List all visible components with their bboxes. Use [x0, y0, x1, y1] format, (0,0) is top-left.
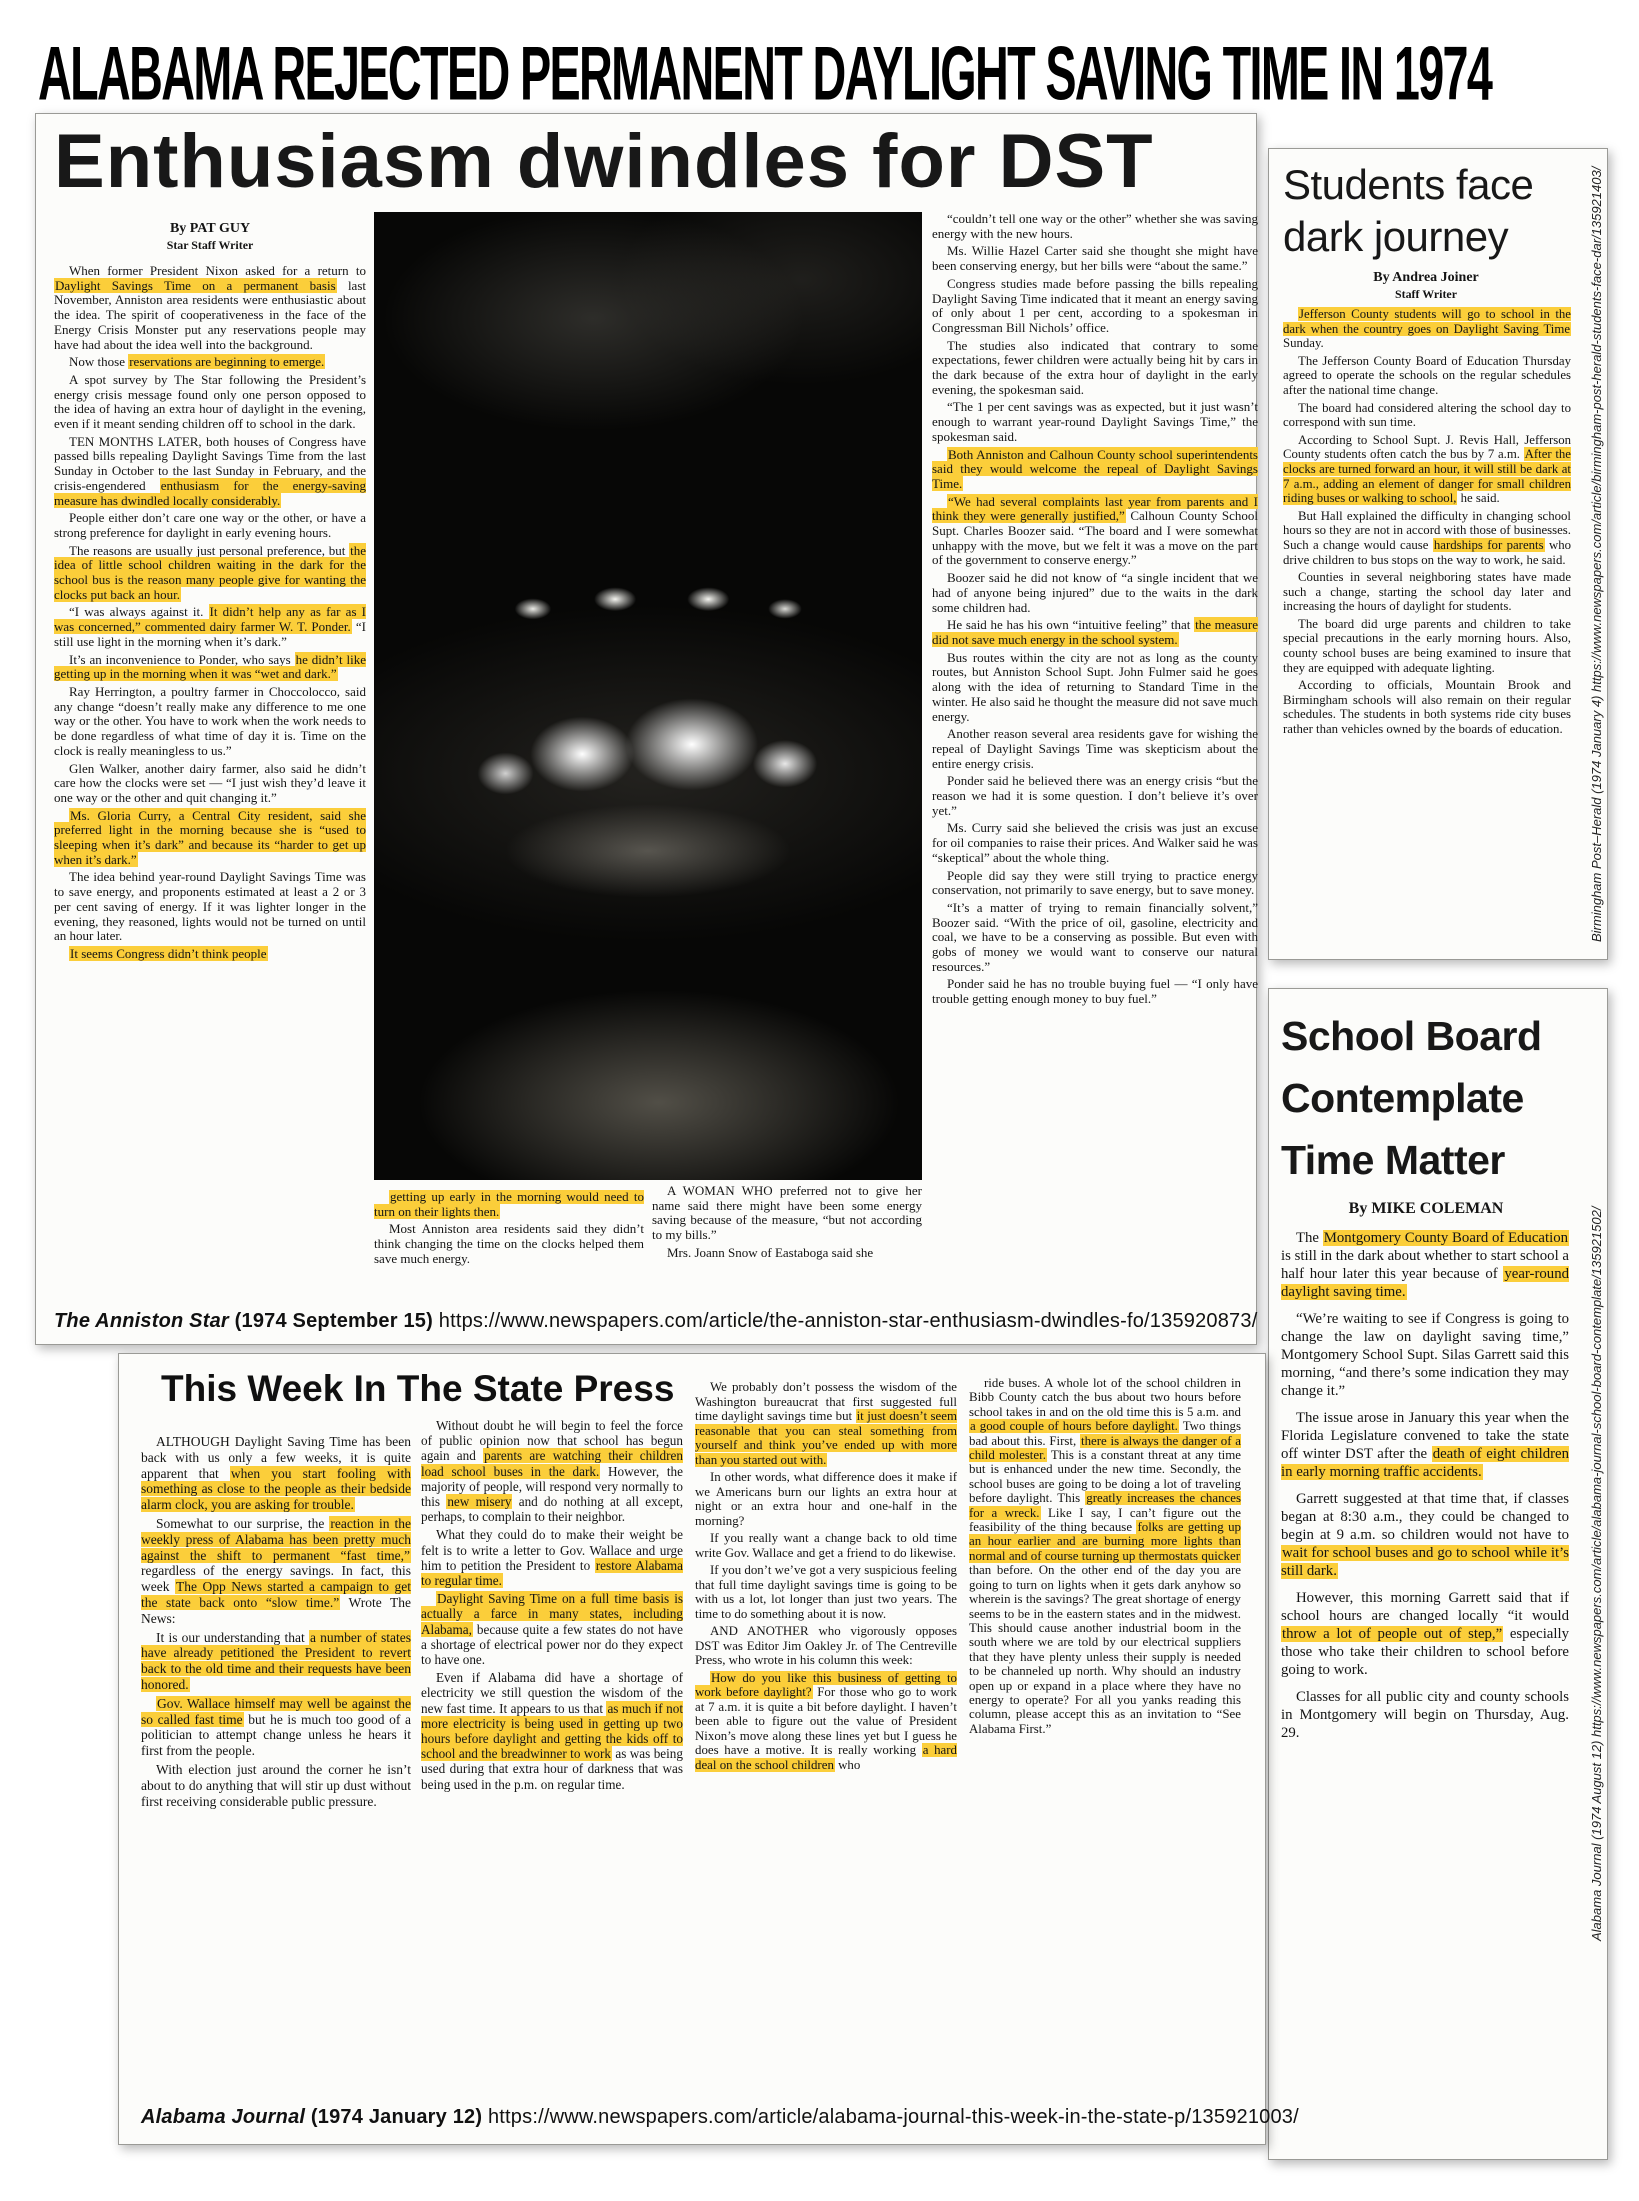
highlighted-text: year-round daylight saving time. [1281, 1266, 1569, 1300]
article-paragraph: Both Anniston and Calhoun County school … [932, 448, 1258, 492]
page-title-text: ALABAMA REJECTED PERMANENT DAYLIGHT SAVI… [38, 30, 1491, 118]
state-press-column-4: ride buses. A whole lot of the school ch… [969, 1376, 1241, 2104]
highlighted-text: hardships for parents [1433, 538, 1545, 552]
article-paragraph: Boozer said he did not know of “a single… [932, 571, 1258, 615]
article-paragraph: Gov. Wallace himself may well be against… [141, 1696, 411, 1759]
anniston-column-left: When former President Nixon asked for a … [54, 264, 366, 1300]
highlighted-text: The Opp News started a campaign to get t… [141, 1579, 411, 1610]
highlighted-text: restore Alabama to regular time. [421, 1558, 683, 1588]
article-paragraph: The reasons are usually just personal pr… [54, 544, 366, 603]
highlighted-text: a good couple of hours before daylight. [969, 1419, 1179, 1433]
highlighted-text: greatly increases the chances for a wrec… [969, 1491, 1241, 1519]
byline-author: By MIKE COLEMAN [1281, 1199, 1571, 1219]
highlighted-text: parents are watching their children load… [421, 1448, 683, 1478]
article-paragraph: With election just around the corner he … [141, 1762, 411, 1809]
highlighted-text: It seems Congress didn’t think people [69, 946, 268, 961]
clipping-this-week-state-press: This Week In The State Press ALTHOUGH Da… [118, 1353, 1266, 2145]
article-paragraph: Another reason several area residents ga… [932, 727, 1258, 771]
byline-author: By Andrea Joiner [1283, 269, 1569, 287]
highlighted-text: reservations are beginning to emerge. [128, 354, 325, 369]
highlighted-text: wait for school buses and go to school w… [1281, 1545, 1569, 1579]
school-board-byline: By MIKE COLEMAN [1281, 1199, 1571, 1219]
highlighted-text: It didn’t help any as far as I was conce… [54, 604, 366, 634]
headline-line: Time Matter [1281, 1129, 1581, 1191]
highlighted-text: Gov. Wallace himself may well be against… [141, 1696, 411, 1727]
clipping-students-face-dark-journey: Students face dark journey By Andrea Joi… [1268, 148, 1608, 960]
article-paragraph: If you don’t we’ve got a very suspicious… [695, 1563, 957, 1621]
article-paragraph: Ms. Gloria Curry, a Central City residen… [54, 809, 366, 868]
highlighted-text: there is always the danger of a child mo… [969, 1434, 1241, 1462]
highlighted-text: throw a lot of people out of step,” [1281, 1626, 1503, 1642]
headline-line: School Board [1281, 1005, 1581, 1067]
article-paragraph: Classes for all public city and county s… [1281, 1688, 1569, 1742]
state-press-column-3: We probably don’t possess the wisdom of … [695, 1380, 957, 2104]
article-paragraph: Counties in several neighboring states h… [1283, 570, 1571, 614]
article-paragraph: Ponder said he has no trouble buying fue… [932, 977, 1258, 1006]
highlighted-text: Both Anniston and Calhoun County school … [932, 447, 1258, 491]
anniston-byline: By PAT GUY Star Staff Writer [54, 220, 366, 252]
students-headline: Students face dark journey [1283, 159, 1573, 263]
article-paragraph: Mrs. Joann Snow of Eastaboga said she [652, 1246, 922, 1261]
night-school-bus-photo [374, 212, 922, 1180]
students-article-body: Jefferson County students will go to sch… [1283, 307, 1571, 949]
article-paragraph: “We’re waiting to see if Congress is goi… [1281, 1310, 1569, 1400]
article-paragraph: The Jefferson County Board of Education … [1283, 354, 1571, 398]
article-paragraph: ride buses. A whole lot of the school ch… [969, 1376, 1241, 1736]
article-paragraph: Glen Walker, another dairy farmer, also … [54, 762, 366, 806]
article-paragraph: Even if Alabama did have a shortage of e… [421, 1670, 683, 1792]
highlighted-text: death of eight children in early morning… [1281, 1446, 1569, 1480]
anniston-headline: Enthusiasm dwindles for DST [54, 118, 1244, 205]
caption-url: https://www.newspapers.com/article/the-a… [439, 1310, 1258, 1332]
page: { "page_title": "ALABAMA REJECTED PERMAN… [0, 0, 1639, 2201]
article-paragraph: A WOMAN WHO preferred not to give her na… [652, 1184, 922, 1243]
highlighted-text: the idea of little school children waiti… [54, 543, 366, 602]
clipping-school-board-contemplate: School Board Contemplate Time Matter By … [1268, 988, 1608, 2160]
caption-source: Alabama Journal [141, 2106, 305, 2128]
students-byline: By Andrea Joiner Staff Writer [1283, 269, 1569, 301]
article-paragraph: We probably don’t possess the wisdom of … [695, 1380, 957, 1467]
article-paragraph: “We had several complaints last year fro… [932, 495, 1258, 569]
article-paragraph: Ponder said he believed there was an ene… [932, 774, 1258, 818]
article-paragraph: The board had considered altering the sc… [1283, 401, 1571, 430]
article-paragraph: Most Anniston area residents said they d… [374, 1222, 644, 1266]
highlighted-text: Jefferson County students will go to sch… [1283, 307, 1571, 336]
article-paragraph: However, this morning Garrett said that … [1281, 1589, 1569, 1679]
headline-line: Contemplate [1281, 1067, 1581, 1129]
article-paragraph: When former President Nixon asked for a … [54, 264, 366, 352]
article-paragraph: “It’s a matter of trying to remain finan… [932, 901, 1258, 975]
caption-url: https://www.newspapers.com/article/alaba… [488, 2106, 1299, 2128]
school-board-article-body: The Montgomery County Board of Education… [1281, 1229, 1569, 2139]
article-paragraph: According to School Supt. J. Revis Hall,… [1283, 433, 1571, 506]
article-paragraph: getting up early in the morning would ne… [374, 1190, 644, 1219]
article-paragraph: TEN MONTHS LATER, both houses of Congres… [54, 435, 366, 509]
article-paragraph: In other words, what difference does it … [695, 1470, 957, 1528]
students-side-caption: Birmingham Post–Herald (1974 January 4) … [1589, 149, 1604, 959]
page-title: ALABAMA REJECTED PERMANENT DAYLIGHT SAVI… [38, 30, 1639, 96]
highlighted-text: Daylight Saving Time on a full time basi… [421, 1591, 683, 1636]
article-paragraph: The board did urge parents and children … [1283, 617, 1571, 675]
article-paragraph: He said he has his own “intuitive feelin… [932, 618, 1258, 647]
article-paragraph: It’s an inconvenience to Ponder, who say… [54, 653, 366, 682]
article-paragraph: “couldn’t tell one way or the other” whe… [932, 212, 1258, 241]
highlighted-text: a number of states have already petition… [141, 1630, 411, 1692]
highlighted-text: new misery [446, 1494, 512, 1509]
highlighted-text: reaction in the weekly press of Alabama … [141, 1516, 411, 1563]
article-paragraph: Ms. Willie Hazel Carter said she thought… [932, 244, 1258, 273]
article-paragraph: The studies also indicated that contrary… [932, 339, 1258, 398]
article-paragraph: Garrett suggested at that time that, if … [1281, 1490, 1569, 1580]
article-paragraph: The idea behind year-round Daylight Savi… [54, 870, 366, 944]
clipping-anniston-star: Enthusiasm dwindles for DST By PAT GUY S… [35, 113, 1257, 1345]
state-press-headline: This Week In The State Press [161, 1368, 761, 1410]
article-paragraph: ALTHOUGH Daylight Saving Time has been b… [141, 1434, 411, 1513]
highlighted-text: Daylight Savings Time on a permanent bas… [54, 278, 337, 293]
article-paragraph: How do you like this business of getting… [695, 1671, 957, 1773]
article-paragraph: It seems Congress didn’t think people [54, 947, 366, 962]
article-paragraph: It is our understanding that a number of… [141, 1630, 411, 1693]
article-paragraph: Congress studies made before passing the… [932, 277, 1258, 336]
anniston-source-caption: The Anniston Star (1974 September 15) ht… [54, 1310, 1257, 1333]
highlighted-text: the measure did not save much energy in … [932, 617, 1258, 647]
article-paragraph: “The 1 per cent savings was as expected,… [932, 400, 1258, 444]
highlighted-text: folks are getting up an hour earlier and… [969, 1520, 1241, 1563]
caption-date: (1974 September 15) [229, 1310, 439, 1332]
article-paragraph: The Montgomery County Board of Education… [1281, 1229, 1569, 1301]
article-paragraph: But Hall explained the difficulty in cha… [1283, 509, 1571, 567]
highlighted-text: when you start fooling with something as… [141, 1466, 411, 1513]
byline-role: Staff Writer [1283, 287, 1569, 302]
article-paragraph: Ms. Curry said she believed the crisis w… [932, 821, 1258, 865]
article-paragraph: People either don’t care one way or the … [54, 511, 366, 540]
highlighted-text: Ms. Gloria Curry, a Central City residen… [54, 808, 366, 867]
article-paragraph: Ray Herrington, a poultry farmer in Choc… [54, 685, 366, 759]
highlighted-text: How do you like this business of getting… [695, 1671, 957, 1700]
article-paragraph: Jefferson County students will go to sch… [1283, 307, 1571, 351]
article-paragraph: According to officials, Mountain Brook a… [1283, 678, 1571, 736]
school-board-headline: School Board Contemplate Time Matter [1281, 1005, 1581, 1191]
article-paragraph: People did say they were still trying to… [932, 869, 1258, 898]
article-paragraph: The issue arose in January this year whe… [1281, 1409, 1569, 1481]
article-paragraph: AND ANOTHER who vigorously opposes DST w… [695, 1624, 957, 1668]
article-paragraph: Daylight Saving Time on a full time basi… [421, 1591, 683, 1667]
state-press-source-caption: Alabama Journal (1974 January 12) https:… [141, 2106, 1299, 2129]
highlighted-text: enthusiasm for the energy-saving measure… [54, 478, 366, 508]
article-paragraph: Bus routes within the city are not as lo… [932, 651, 1258, 725]
article-paragraph: Somewhat to our surprise, the reaction i… [141, 1516, 411, 1627]
highlighted-text: as much if not more electricity is being… [421, 1701, 683, 1762]
caption-date: (1974 January 12) [305, 2106, 488, 2128]
article-paragraph: Now those reservations are beginning to … [54, 355, 366, 370]
state-press-column-1: ALTHOUGH Daylight Saving Time has been b… [141, 1434, 411, 2094]
highlighted-text: a hard deal on the school children [695, 1743, 957, 1772]
highlighted-text: After the clocks are turned forward an h… [1283, 447, 1571, 505]
caption-source: The Anniston Star [54, 1310, 229, 1332]
school-board-side-caption: Alabama Journal (1974 August 12) https:/… [1589, 989, 1604, 2159]
highlighted-text: he didn’t like getting up in the morning… [54, 652, 366, 682]
highlighted-text: it just doesn’t seem reasonable that you… [695, 1409, 957, 1467]
highlighted-text: getting up early in the morning would ne… [374, 1190, 644, 1219]
byline-author: By PAT GUY [54, 220, 366, 238]
state-press-column-2: Without doubt he will begin to feel the … [421, 1418, 683, 2098]
byline-role: Star Staff Writer [54, 238, 366, 253]
article-paragraph: If you really want a change back to old … [695, 1531, 957, 1560]
highlighted-text: Montgomery County Board of Education [1323, 1230, 1569, 1246]
article-paragraph: What they could do to make their weight … [421, 1527, 683, 1588]
article-paragraph: “I was always against it. It didn’t help… [54, 605, 366, 649]
article-paragraph: A spot survey by The Star following the … [54, 373, 366, 432]
article-paragraph: Without doubt he will begin to feel the … [421, 1418, 683, 1524]
highlighted-text: “We had several complaints last year fro… [932, 494, 1258, 524]
anniston-column-right: “couldn’t tell one way or the other” whe… [932, 212, 1258, 1298]
